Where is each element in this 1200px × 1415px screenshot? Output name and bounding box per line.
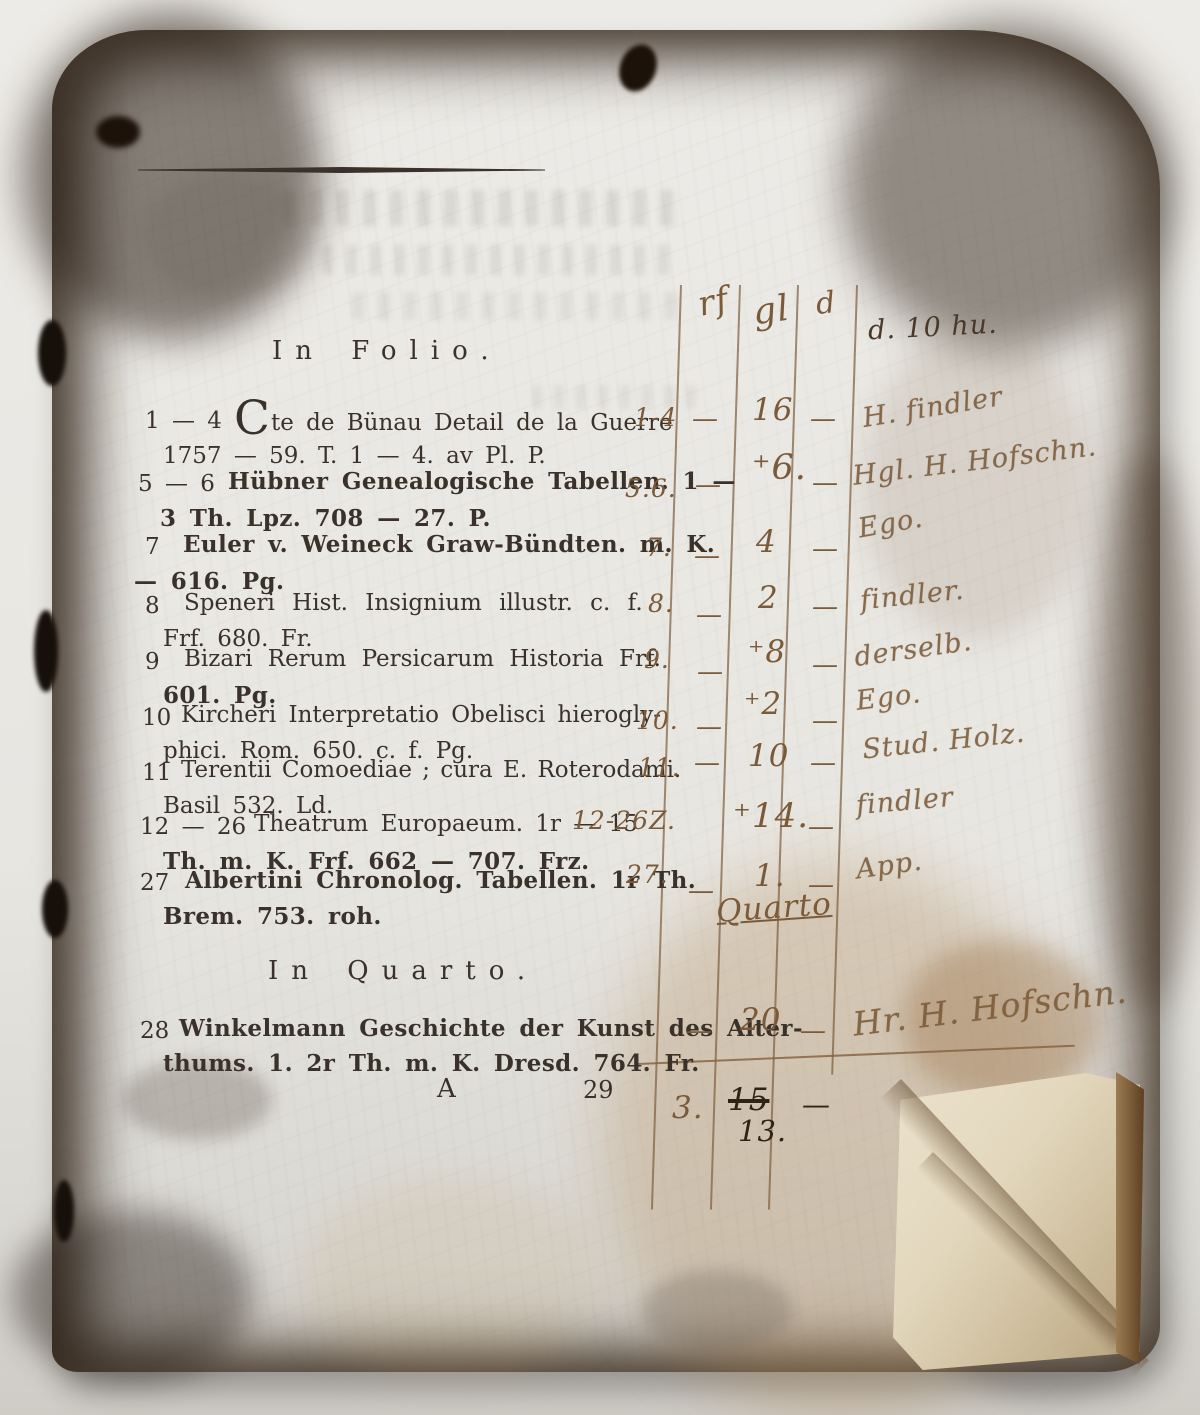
scorch-top-right [842,20,1172,350]
entry-title: Terentii Comoediae ; cura E. Roterodami. [181,757,681,783]
hw-total-b: 13. [738,1114,787,1148]
hw-col1: — [688,876,715,906]
section-title-folio: In Folio. [272,336,502,366]
bleed-through-line [282,190,682,226]
hw-col1: — [694,748,721,778]
hw-col2: ⁺14. [733,796,809,836]
hw-col2: 16 [752,392,793,428]
hw-col2: 2 [758,580,779,616]
char-bump [96,116,140,148]
hw-lot-number: 12-26Z. [572,806,676,835]
fold-burnt-edge [1116,1072,1144,1364]
hw-col1: — [696,712,723,742]
entry-number: 12 — 26 [140,814,246,840]
hw-lot-number: 11. [638,753,681,782]
scorch-right-edge [1092,450,1200,1010]
hw-col3: — [812,534,839,564]
entry-title: Speneri Hist. Insignium illustr. c. f. [184,590,643,616]
column-header-gl: gl [750,288,792,334]
signature-mark: A [437,1074,456,1104]
hw-col2: 10 [748,738,789,774]
hw-col1: — [695,470,722,500]
entry-title: Cte de Bünau Detail de la Guerre [234,405,673,436]
entry-number: 7 [145,534,160,560]
hw-col2: 20 [740,1002,781,1038]
hw-lot-number: 8. [648,589,674,618]
hw-col3: — [812,706,839,736]
hw-col3: — [812,468,839,498]
entry-title: Euler v. Weineck Graw-Bündten. m. K. [183,531,715,558]
bleed-through-line [322,245,682,275]
column-header-d: d [814,285,838,322]
entry-title: Kircheri Interpretatio Obelisci hierogly… [181,702,661,728]
hw-total-a: 3. [672,1090,704,1126]
hw-col1: — [686,1016,713,1046]
hw-col3: — [812,592,839,622]
entry-line2: Brem. 753. roh. [163,903,382,930]
hw-lot-number: 1-4 [634,403,677,432]
hw-total-dash: — [802,1088,831,1121]
hw-total-struck: 15 [728,1082,769,1118]
hw-col2: ⁺8 [748,634,786,670]
entry-number: 1 — 4 [145,408,222,434]
entry-number: 8 [145,593,160,619]
hw-col2: 4 [756,524,777,560]
entry-title: Bizari Rerum Persicarum Historia Frf. [184,646,661,672]
char-bump [38,320,66,386]
entry-number: 27 [140,870,169,896]
char-bump [54,1180,74,1242]
hw-col1: — [697,657,724,687]
entry-number: 10 [142,705,171,731]
hw-lot-number: 10. [636,706,679,735]
hw-lot-number: 27. [626,860,669,889]
hw-lot-number: 7. [646,533,672,562]
hw-col3: — [812,650,839,680]
hw-col3: — [810,404,837,434]
drop-cap: C [234,391,270,446]
hw-col3: — [810,748,837,778]
scorch-top-left [22,10,322,340]
char-bump [42,880,68,938]
entry-line2: thums. 1. 2r Th. m. K. Dresd. 764. Fr. [163,1050,700,1077]
hw-col2: ⁺2 [744,686,782,722]
photo-background: rf gl d d. 10 hu. In Folio. 1 — 4 Cte de… [0,0,1200,1415]
scorch-bottom-left [12,1210,252,1380]
hw-lot-number: 5.6. [625,474,677,503]
hw-col1: — [692,404,719,434]
entry-number: 28 [140,1018,169,1044]
section-title-quarto: In Quarto. [268,956,538,986]
hw-col2: ⁺6. [752,448,807,488]
catchword: 29 [583,1076,614,1104]
entry-line2: 3 Th. Lpz. 708 — 27. P. [160,505,491,532]
bleed-through-line [352,292,682,320]
entry-number: 5 — 6 [138,471,215,497]
smudge-gray-bottom [642,1270,792,1350]
hw-col3: — [808,812,835,842]
hw-col1: — [696,600,723,630]
entry-number: 9 [145,649,160,675]
stain-faint [302,1180,602,1380]
char-bump [34,610,58,692]
entry-line2: 1757 — 59. T. 1 — 4. av Pl. P. [163,443,546,469]
hw-col1: — [694,541,721,571]
entry-title: Albertini Chronolog. Tabellen. 1r Th. [185,867,696,894]
entry-number: 11 [142,760,171,786]
hw-col3: — [800,1016,827,1046]
hw-lot-number: 9. [644,645,670,674]
